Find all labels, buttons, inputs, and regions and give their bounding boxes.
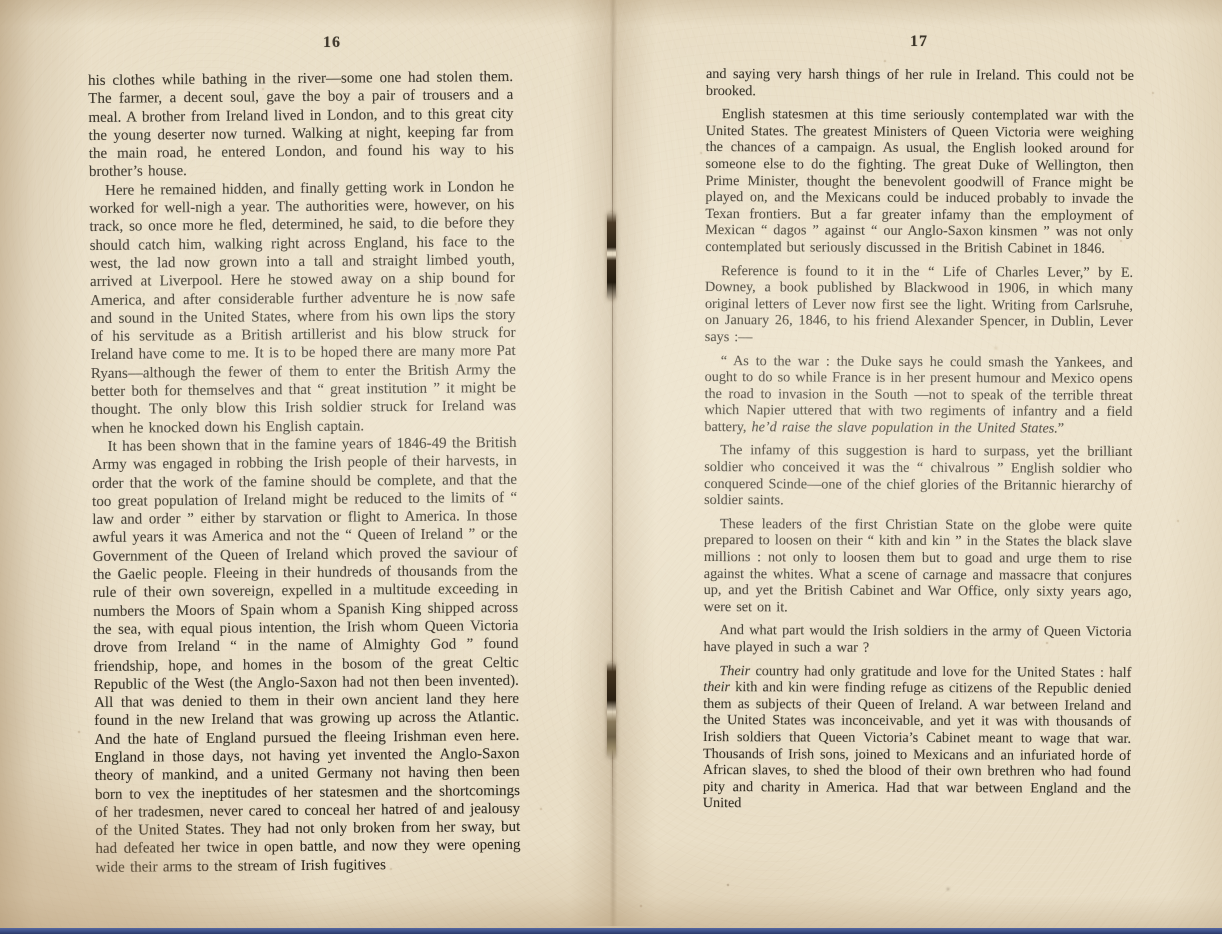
page-right-text: and saying very harsh things of her rule… <box>703 66 1134 821</box>
paragraph: Here he remained hidden, and finally get… <box>89 178 516 438</box>
paragraph: Their country had only gratitude and lov… <box>703 663 1132 814</box>
staple-bottom <box>607 662 616 758</box>
page-left-text: his clothes while bathing in the river—s… <box>88 68 521 877</box>
paragraph: “ As to the war : the Duke says he could… <box>704 352 1132 437</box>
page-number-right: 17 <box>706 33 1132 51</box>
paragraph: It has been shown that in the famine yea… <box>92 434 521 877</box>
page-left: 16 his clothes while bathing in the rive… <box>0 0 612 926</box>
page-right: 17 and saying very harsh things of her r… <box>612 0 1222 926</box>
paragraph: These leaders of the first Christian Sta… <box>704 516 1132 617</box>
paragraph: his clothes while bathing in the river—s… <box>88 68 514 182</box>
paragraph: and saying very harsh things of her rule… <box>706 66 1134 101</box>
scanner-bed-edge <box>0 928 1222 934</box>
paragraph: Reference is found to it in the “ Life o… <box>705 263 1133 348</box>
staple-top <box>607 212 616 300</box>
book-scan: 16 his clothes while bathing in the rive… <box>0 0 1222 934</box>
paragraph: English statesmen at this time seriously… <box>705 106 1134 257</box>
paragraph: And what part would the Irish soldiers i… <box>703 622 1131 657</box>
paragraph: The infamy of this suggestion is hard to… <box>704 442 1132 510</box>
page-number-left: 16 <box>120 34 544 52</box>
